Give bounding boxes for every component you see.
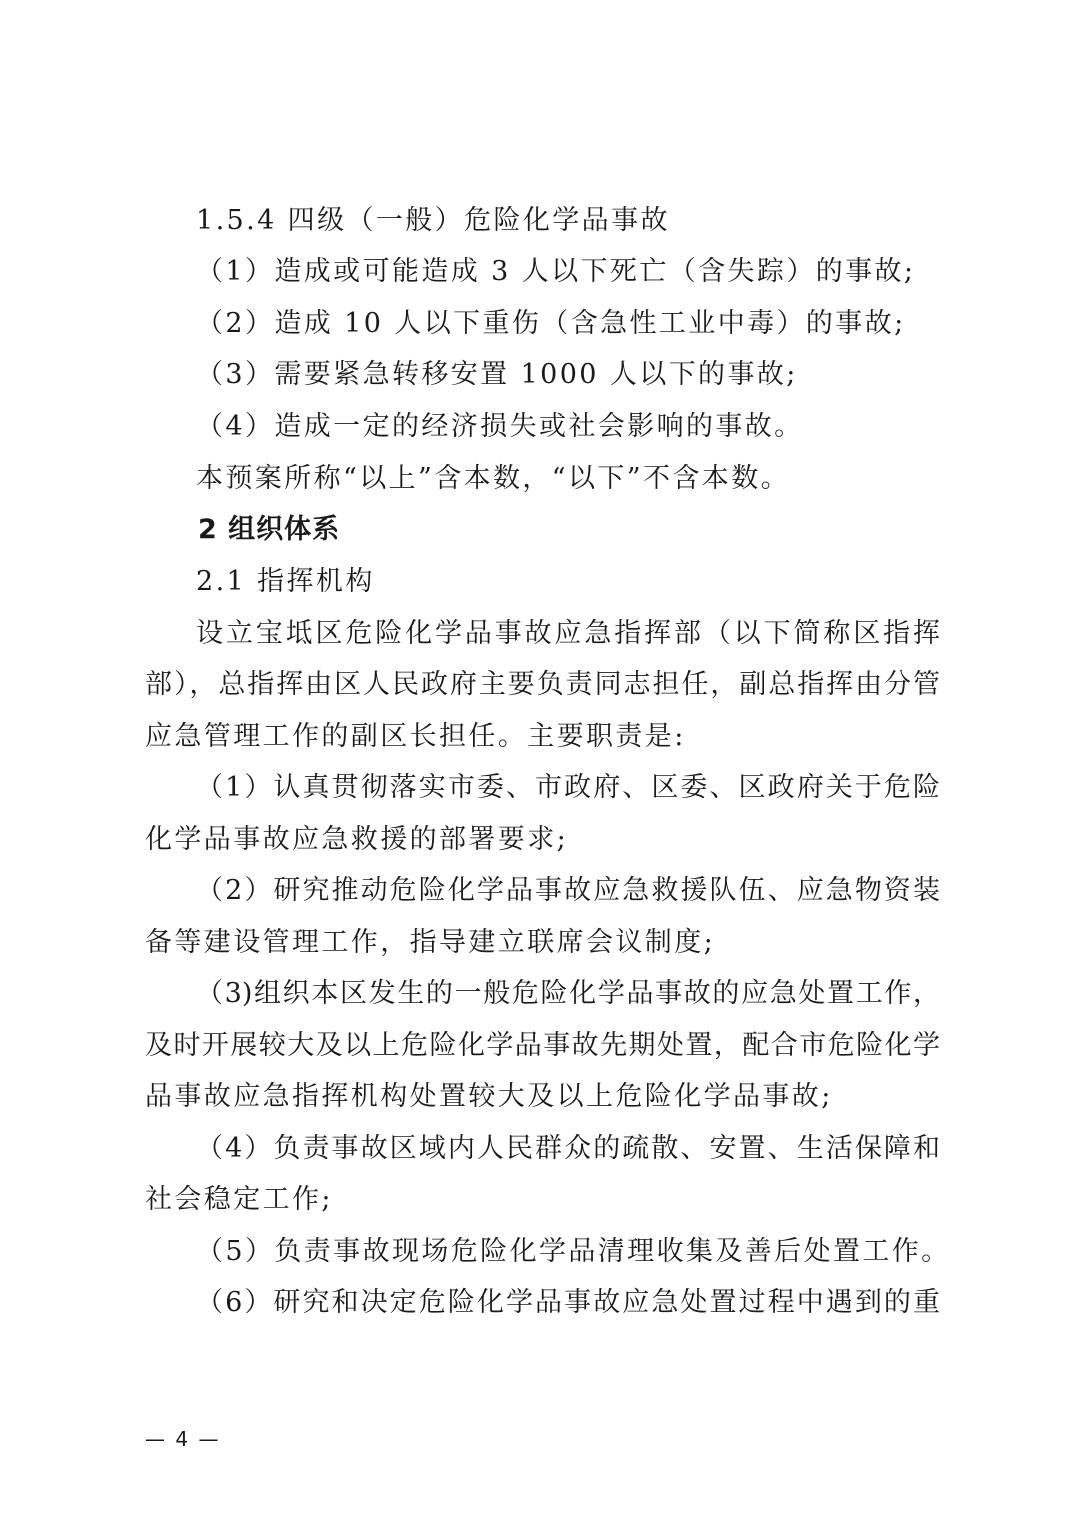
- paragraph-line: 设立宝坻区危险化学品事故应急指挥部（以下简称区指挥: [196, 616, 940, 652]
- duty-3-line: 品事故应急指挥机构处置较大及以上危险化学品事故;: [145, 1079, 833, 1115]
- duty-4-line: 社会稳定工作;: [145, 1182, 333, 1218]
- list-item-3: （3）需要紧急转移安置 1000 人以下的事故;: [196, 357, 798, 393]
- list-item-1: （1）造成或可能造成 3 人以下死亡（含失踪）的事故;: [196, 254, 915, 290]
- duty-5-line: （5）负责事故现场危险化学品清理收集及善后处置工作。: [196, 1234, 951, 1270]
- list-item-4: （4）造成一定的经济损失或社会影响的事故。: [196, 409, 804, 445]
- duty-4-line: （4）负责事故区域内人民群众的疏散、安置、生活保障和: [196, 1131, 940, 1167]
- subsection-heading-1-5-4: 1.5.4 四级（一般）危险化学品事故: [196, 203, 670, 239]
- document-page: 1.5.4 四级（一般）危险化学品事故 （1）造成或可能造成 3 人以下死亡（含…: [0, 0, 1074, 1520]
- page-number: — 4 —: [145, 1427, 220, 1451]
- duty-6-line: （6）研究和决定危险化学品事故应急处置过程中遇到的重: [196, 1285, 940, 1321]
- definition-note: 本预案所称“以上”含本数，“以下”不含本数。: [196, 461, 790, 497]
- duty-3-line: 及时开展较大及以上危险化学品事故先期处置，配合市危险化学: [145, 1028, 940, 1064]
- duty-2-line: 备等建设管理工作，指导建立联席会议制度;: [145, 925, 715, 961]
- paragraph-line: 部），总指挥由区人民政府主要负责同志担任，副总指挥由分管: [145, 667, 940, 703]
- duty-1-line: 化学品事故应急救援的部署要求;: [145, 822, 568, 858]
- subsection-heading-2-1: 2.1 指挥机构: [196, 564, 375, 600]
- duty-3-line: （3)组织本区发生的一般危险化学品事故的应急处置工作，: [196, 976, 940, 1012]
- duty-2-line: （2）研究推动危险化学品事故应急救援队伍、应急物资装: [196, 873, 940, 909]
- section-heading-2: 2 组织体系: [198, 512, 340, 548]
- duty-1-line: （1）认真贯彻落实市委、市政府、区委、区政府关于危险: [196, 770, 940, 806]
- list-item-2: （2）造成 10 人以下重伤（含急性工业中毒）的事故;: [196, 306, 906, 342]
- paragraph-line: 应急管理工作的副区长担任。主要职责是:: [145, 719, 686, 755]
